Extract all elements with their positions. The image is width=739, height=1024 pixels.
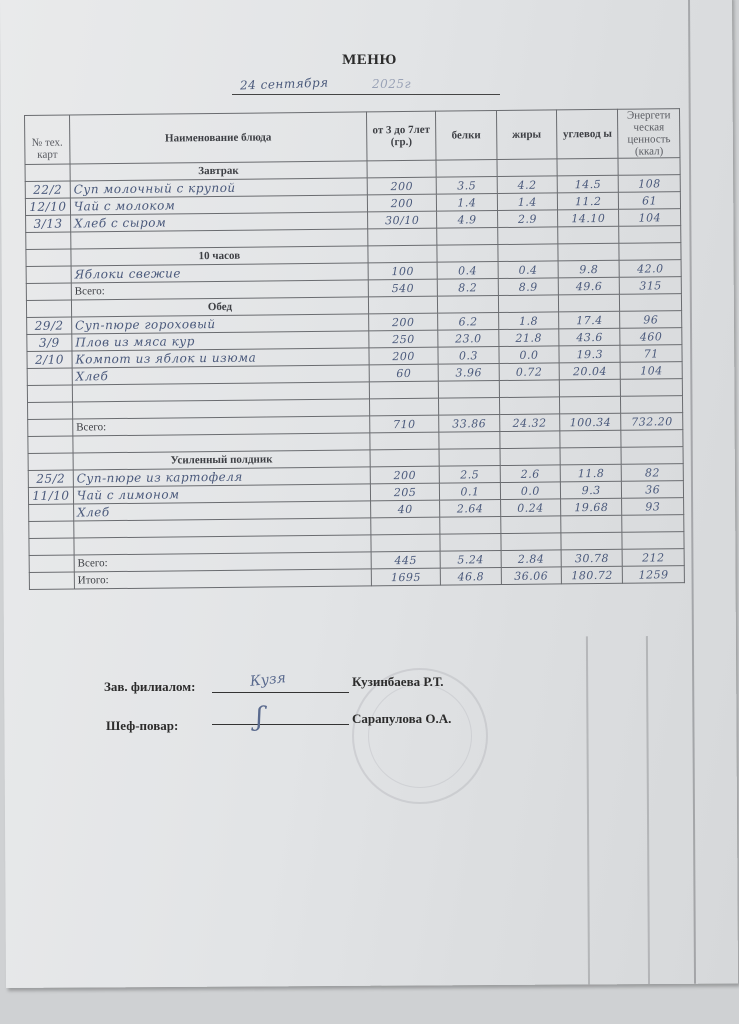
dish-carbs-value: 11.8 <box>578 466 605 479</box>
empty-cell <box>558 243 619 261</box>
dish-fat <box>499 397 560 415</box>
dish-protein <box>437 228 498 246</box>
table-header-row: № тех. карт Наименование блюда от 3 до 7… <box>25 109 680 165</box>
dish-energy-value: 96 <box>643 313 658 326</box>
tech-card-number-value: 3/13 <box>34 217 63 231</box>
dish-energy-value: 82 <box>645 466 660 479</box>
total-carbs: 30.78 <box>561 549 622 567</box>
tech-card-number: 11/10 <box>28 487 73 504</box>
dish-protein: 3.96 <box>438 364 499 382</box>
dish-fat-value: 0.24 <box>517 501 544 514</box>
total-portion-value: 710 <box>393 417 416 430</box>
tech-card-cell <box>28 419 73 436</box>
dish-portion: 200 <box>367 177 436 195</box>
total-carbs-value: 30.78 <box>575 551 609 564</box>
dish-protein-value: 2.5 <box>460 468 479 481</box>
header-protein: белки <box>436 111 497 161</box>
dish-name-value: Суп-пюре гороховый <box>75 317 216 332</box>
tech-card-number <box>29 504 74 521</box>
dish-portion-value: 200 <box>392 315 415 328</box>
chef-label: Шеф-повар: <box>106 718 178 734</box>
total-carbs-value: 100.34 <box>570 415 612 428</box>
tech-card-cell <box>29 555 74 572</box>
date-line: 24 сентября 2025г <box>232 77 500 95</box>
empty-cell <box>621 447 683 465</box>
dish-protein-value: 6.2 <box>459 315 478 328</box>
dish-protein: 0.4 <box>437 262 498 280</box>
dish-fat <box>501 533 562 551</box>
dish-carbs: 17.4 <box>559 311 620 329</box>
total-fat: 2.84 <box>501 550 562 568</box>
dish-fat: 1.4 <box>497 193 558 211</box>
dish-carbs: 9.8 <box>558 260 619 278</box>
tech-card-number <box>27 385 72 402</box>
dish-energy-value: 460 <box>640 330 663 343</box>
manager-label: Зав. филиалом: <box>104 679 196 695</box>
dish-portion <box>369 381 438 399</box>
dish-carbs <box>558 226 619 244</box>
dish-name-value: Плов из мяса кур <box>75 334 195 349</box>
dish-energy: 96 <box>620 311 682 329</box>
total-protein: 46.8 <box>440 568 501 586</box>
tech-card-number: 29/2 <box>27 317 72 334</box>
dish-protein: 6.2 <box>438 313 499 331</box>
dish-name-value: Компот из яблок и изюма <box>75 351 256 367</box>
dish-carbs-value: 14.10 <box>571 211 605 224</box>
empty-cell <box>618 158 680 176</box>
dish-protein <box>440 534 501 552</box>
dish-portion-value: 200 <box>391 196 414 209</box>
dish-carbs: 11.2 <box>557 192 618 210</box>
total-portion: 540 <box>368 279 437 297</box>
dish-portion: 250 <box>369 330 438 348</box>
empty-cell <box>560 430 621 448</box>
dish-portion: 40 <box>370 500 439 518</box>
dish-protein: 2.5 <box>439 466 500 484</box>
total-portion: 1695 <box>371 568 440 586</box>
empty-cell <box>438 296 499 314</box>
dish-fat: 0.24 <box>500 499 561 517</box>
total-carbs: 100.34 <box>560 413 621 431</box>
menu-year: 2025г <box>372 77 411 91</box>
empty-cell <box>498 295 559 313</box>
dish-carbs: 19.3 <box>559 345 620 363</box>
dish-energy: 71 <box>620 345 682 363</box>
dish-carbs: 9.3 <box>560 481 621 499</box>
tech-card-number <box>29 538 74 555</box>
empty-cell <box>28 436 73 453</box>
total-portion: 445 <box>371 551 440 569</box>
tech-card-number-value: 12/10 <box>29 200 66 214</box>
header-energy: Энергети ческая ценность (ккал) <box>618 109 680 159</box>
dish-carbs-value: 9.3 <box>582 483 601 496</box>
dish-protein <box>439 381 500 399</box>
dish-carbs <box>560 396 621 414</box>
dish-name-value: Чай с лимоном <box>77 487 180 502</box>
total-portion-value: 1695 <box>391 570 421 583</box>
dish-energy-value: 104 <box>640 364 663 377</box>
dish-name-value: Хлеб <box>76 369 109 383</box>
dish-portion-value: 205 <box>394 485 417 498</box>
dish-portion: 205 <box>370 483 439 501</box>
total-fat-value: 8.9 <box>519 280 538 293</box>
dish-energy <box>619 226 681 244</box>
dish-energy <box>622 515 684 533</box>
dish-fat-value: 4.2 <box>518 178 537 191</box>
total-label: Итого: <box>74 569 371 589</box>
dish-energy <box>621 396 683 414</box>
header-dish-name: Наименование блюда <box>69 112 367 164</box>
dish-carbs-value: 43.6 <box>576 330 603 343</box>
empty-cell <box>621 430 683 448</box>
dish-fat: 0.72 <box>499 363 560 381</box>
empty-cell <box>370 449 439 467</box>
tech-card-number-value: 29/2 <box>35 319 64 333</box>
total-fat-value: 2.84 <box>518 552 545 565</box>
dish-carbs <box>561 532 622 550</box>
dish-name-value: Суп-пюре из картофеля <box>77 470 243 486</box>
dish-energy: 82 <box>622 464 684 482</box>
dish-portion: 30/10 <box>367 211 436 229</box>
dish-energy-value: 93 <box>645 500 660 513</box>
dish-protein-value: 0.4 <box>458 264 477 277</box>
dish-energy: 42.0 <box>619 260 681 278</box>
dish-protein-value: 3.5 <box>457 179 476 192</box>
dish-energy-value: 61 <box>642 194 657 207</box>
dish-protein-value: 0.3 <box>459 349 478 362</box>
empty-cell <box>619 243 681 261</box>
header-portion: от 3 до 7лет (гр.) <box>366 111 436 161</box>
total-energy: 212 <box>622 549 684 567</box>
dish-fat: 4.2 <box>497 176 558 194</box>
total-fat: 8.9 <box>498 278 559 296</box>
empty-cell <box>498 244 559 262</box>
total-fat-value: 24.32 <box>513 416 547 429</box>
tech-card-cell <box>25 164 70 181</box>
tech-card-number-value: 11/10 <box>32 489 69 503</box>
empty-cell <box>436 160 497 178</box>
dish-carbs-value: 19.3 <box>576 347 603 360</box>
empty-cell <box>559 294 620 312</box>
dish-name-value: Суп молочный с крупой <box>74 181 236 197</box>
chef-name: Сарапулова О.А. <box>352 711 451 727</box>
tech-card-number <box>28 402 73 419</box>
dish-fat-value: 0.4 <box>518 263 537 276</box>
dish-fat-value: 21.8 <box>515 331 542 344</box>
dish-protein: 0.3 <box>438 347 499 365</box>
tech-card-number-value: 2/10 <box>35 353 64 367</box>
dish-carbs <box>561 515 622 533</box>
dish-energy-value: 104 <box>638 211 661 224</box>
dish-protein-value: 0.1 <box>460 485 479 498</box>
dish-carbs-value: 11.2 <box>575 194 602 207</box>
dish-name-value: Хлеб <box>77 505 110 519</box>
tech-card-number: 2/10 <box>27 351 72 368</box>
dish-protein-value: 4.9 <box>457 213 476 226</box>
dish-portion: 100 <box>368 262 437 280</box>
total-energy-value: 1259 <box>638 568 668 581</box>
total-energy: 732.20 <box>621 413 683 431</box>
dish-portion: 200 <box>369 347 438 365</box>
dish-fat-value: 2.9 <box>518 212 537 225</box>
tech-card-number: 3/9 <box>27 334 72 351</box>
dish-portion <box>371 534 440 552</box>
dish-protein-value: 2.64 <box>457 502 484 515</box>
tech-card-number <box>27 368 72 385</box>
total-portion-value: 540 <box>392 281 415 294</box>
dish-energy: 108 <box>619 175 681 193</box>
header-carbs: углевод ы <box>557 109 619 159</box>
tech-card-number-value: 22/2 <box>33 183 62 197</box>
dish-fat: 2.6 <box>500 465 561 483</box>
dish-name-value: Чай с молоком <box>74 198 176 213</box>
empty-cell <box>560 447 621 465</box>
dish-protein: 1.4 <box>437 194 498 212</box>
dish-energy-value: 71 <box>644 347 659 360</box>
dish-fat: 0.0 <box>499 346 560 364</box>
total-protein: 5.24 <box>440 551 501 569</box>
dish-energy <box>621 379 683 397</box>
dish-energy-value: 36 <box>645 483 660 496</box>
dish-fat: 0.4 <box>498 261 559 279</box>
total-energy-value: 732.20 <box>631 415 673 428</box>
total-energy-value: 212 <box>642 551 665 564</box>
dish-fat <box>497 227 558 245</box>
empty-cell <box>370 432 439 450</box>
tech-card-number: 3/13 <box>26 215 71 232</box>
dish-portion <box>368 228 437 246</box>
dish-carbs: 11.8 <box>560 464 621 482</box>
tech-card-number: 12/10 <box>25 198 70 215</box>
empty-cell <box>368 245 437 263</box>
dish-energy-value: 42.0 <box>637 262 664 275</box>
tech-card-number <box>29 521 74 538</box>
dish-fat: 0.0 <box>500 482 561 500</box>
table-body: Завтрак22/2Суп молочный с крупой2003.54.… <box>25 158 684 590</box>
tech-card-number-value: 25/2 <box>36 472 65 486</box>
dish-portion-value: 200 <box>391 179 414 192</box>
total-fat-value: 36.06 <box>514 569 548 582</box>
total-carbs: 180.72 <box>561 566 622 584</box>
dish-fat-value: 0.0 <box>519 348 538 361</box>
dish-fat-value: 1.8 <box>519 314 538 327</box>
empty-cell <box>439 432 500 450</box>
dish-protein: 0.1 <box>440 483 501 501</box>
empty-cell <box>439 449 500 467</box>
tech-card-number: 22/2 <box>25 181 70 198</box>
document-title: МЕНЮ <box>0 52 739 69</box>
chef-signature: ʃ <box>256 702 263 732</box>
dish-portion-value: 200 <box>392 349 415 362</box>
dish-carbs: 20.04 <box>559 362 620 380</box>
dish-energy-value: 108 <box>638 177 661 190</box>
dish-portion-value: 30/10 <box>385 213 419 226</box>
dish-portion-value: 40 <box>398 502 413 515</box>
dish-fat <box>499 380 560 398</box>
empty-cell <box>368 296 437 314</box>
total-protein: 8.2 <box>437 279 498 297</box>
dish-energy: 104 <box>619 209 681 227</box>
total-fat: 36.06 <box>501 567 562 585</box>
dish-portion <box>371 517 440 535</box>
dish-energy: 460 <box>620 328 682 346</box>
empty-cell <box>620 294 682 312</box>
total-energy: 315 <box>620 277 682 295</box>
total-protein-value: 5.24 <box>457 553 484 566</box>
dish-carbs-value: 17.4 <box>576 313 603 326</box>
dish-carbs: 19.68 <box>561 498 622 516</box>
header-tech-card: № тех. карт <box>25 115 70 164</box>
total-carbs-value: 180.72 <box>571 568 613 581</box>
menu-table: № тех. карт Наименование блюда от 3 до 7… <box>24 108 685 590</box>
total-protein: 33.86 <box>439 415 500 433</box>
manager-signature-line <box>212 692 349 693</box>
total-portion: 710 <box>370 415 439 433</box>
dish-carbs: 43.6 <box>559 328 620 346</box>
tech-card-cell <box>29 572 74 589</box>
dish-energy: 61 <box>619 192 681 210</box>
tech-card-cell <box>26 249 71 266</box>
dish-carbs-value: 19.68 <box>574 500 608 513</box>
total-energy: 1259 <box>623 566 685 584</box>
total-energy-value: 315 <box>639 279 662 292</box>
dish-portion: 200 <box>369 313 438 331</box>
dish-fat <box>500 516 561 534</box>
dish-name-value: Яблоки свежие <box>74 266 181 281</box>
dish-energy: 104 <box>621 362 683 380</box>
empty-cell <box>500 448 561 466</box>
tech-card-number: 25/2 <box>28 470 73 487</box>
tech-card-number-value: 3/9 <box>39 336 60 350</box>
dish-protein: 23.0 <box>438 330 499 348</box>
total-protein-value: 46.8 <box>457 570 484 583</box>
dish-protein: 3.5 <box>436 177 497 195</box>
dish-fat-value: 2.6 <box>521 467 540 480</box>
dish-energy <box>622 532 684 550</box>
dish-name-value: Хлеб с сыром <box>74 216 166 231</box>
total-protein-value: 33.86 <box>452 417 486 430</box>
dish-portion-value: 200 <box>394 468 417 481</box>
chef-signature-line <box>212 724 349 725</box>
empty-cell <box>497 159 558 177</box>
dish-protein-value: 1.4 <box>457 196 476 209</box>
dish-portion <box>369 398 438 416</box>
manager-name: Кузинбаева Р.Т. <box>352 674 444 690</box>
total-protein-value: 8.2 <box>458 281 477 294</box>
empty-cell <box>557 158 618 176</box>
empty-cell <box>437 245 498 263</box>
dish-portion: 200 <box>370 466 439 484</box>
tech-card-number <box>26 266 71 283</box>
scan-streak <box>586 636 590 984</box>
dish-carbs <box>559 379 620 397</box>
tech-card-cell <box>26 283 71 300</box>
dish-fat-value: 1.4 <box>518 195 537 208</box>
dish-protein: 2.64 <box>440 500 501 518</box>
dish-protein-value: 23.0 <box>455 332 482 345</box>
scan-streak <box>646 636 650 984</box>
dish-fat: 2.9 <box>497 210 558 228</box>
dish-fat: 1.8 <box>498 312 559 330</box>
menu-date: 24 сентября <box>240 75 329 92</box>
total-portion-value: 445 <box>394 553 417 566</box>
dish-fat-value: 0.0 <box>521 484 540 497</box>
empty-cell <box>367 160 436 178</box>
tech-card-number <box>26 232 71 249</box>
dish-carbs-value: 20.04 <box>573 364 607 377</box>
dish-carbs: 14.5 <box>557 175 618 193</box>
empty-cell <box>499 431 560 449</box>
dish-carbs-value: 14.5 <box>575 177 602 190</box>
total-carbs-value: 49.6 <box>576 279 603 292</box>
scan-streak <box>688 0 696 984</box>
dish-fat-value: 0.72 <box>516 365 543 378</box>
dish-protein: 4.9 <box>437 211 498 229</box>
dish-portion: 200 <box>367 194 436 212</box>
dish-portion-value: 250 <box>392 332 415 345</box>
dish-portion-value: 100 <box>391 264 414 277</box>
dish-protein-value: 3.96 <box>455 366 482 379</box>
dish-portion-value: 60 <box>396 366 411 379</box>
dish-energy: 93 <box>622 498 684 516</box>
tech-card-cell <box>28 453 73 470</box>
total-carbs: 49.6 <box>558 277 619 295</box>
dish-fat: 21.8 <box>498 329 559 347</box>
tech-card-cell <box>26 300 71 317</box>
dish-portion: 60 <box>369 364 438 382</box>
dish-carbs: 14.10 <box>558 209 619 227</box>
total-fat: 24.32 <box>499 414 560 432</box>
header-fat: жиры <box>496 110 557 160</box>
dish-energy: 36 <box>622 481 684 499</box>
dish-protein <box>440 517 501 535</box>
dish-protein <box>439 398 500 416</box>
dish-carbs-value: 9.8 <box>579 262 598 275</box>
